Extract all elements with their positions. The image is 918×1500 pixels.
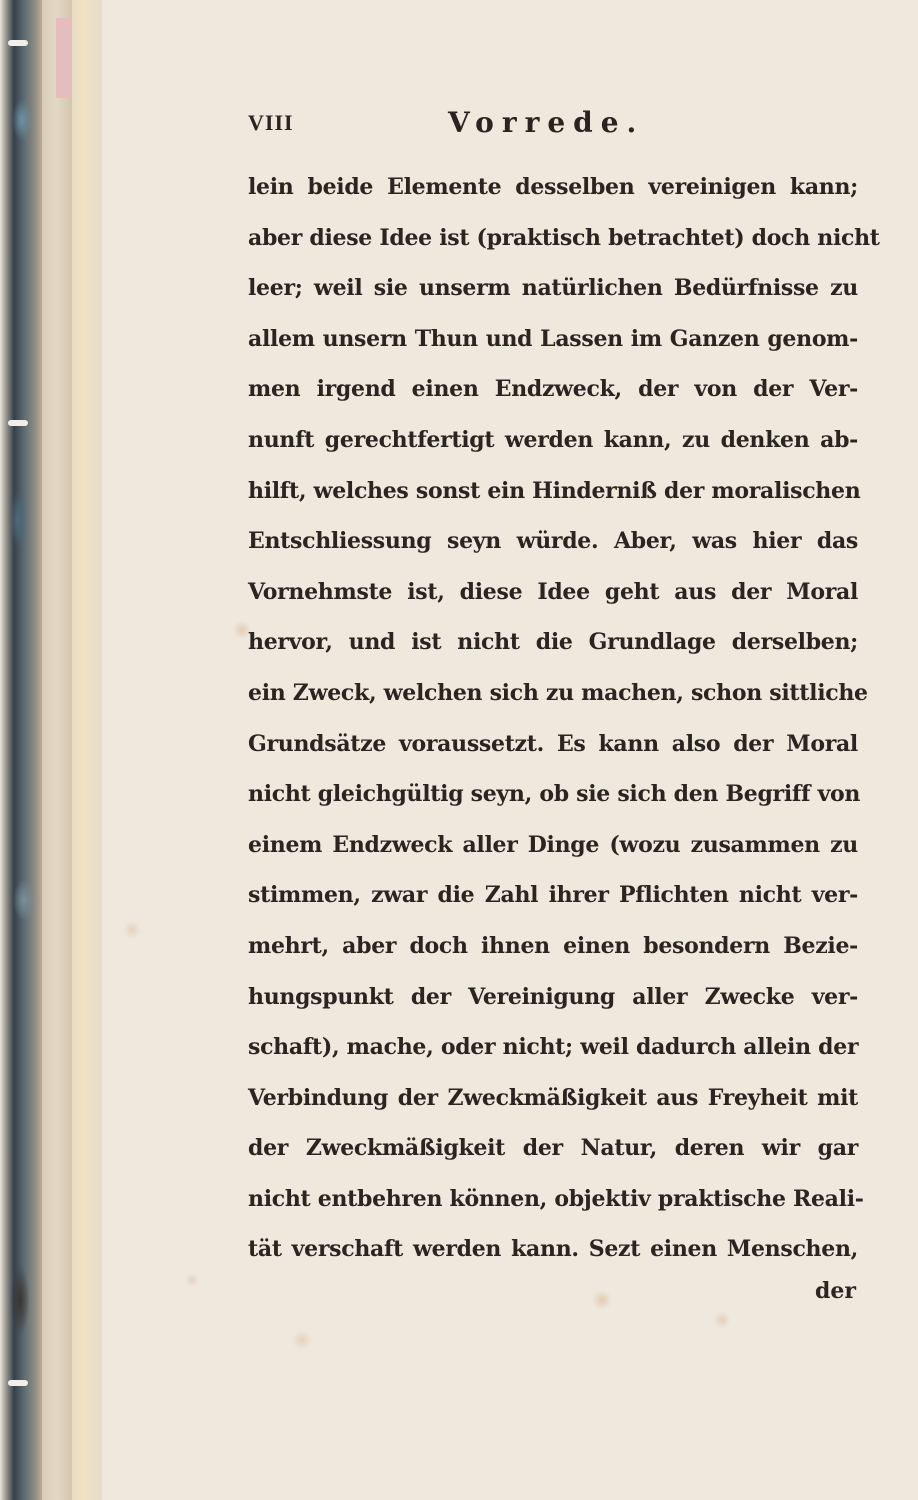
- text-line: Vornehmste ist, diese Idee geht aus der …: [248, 567, 858, 618]
- text-line: der Zweckmäßigkeit der Natur, deren wir …: [248, 1123, 858, 1174]
- text-line: mehrt, aber doch ihnen einen besondern B…: [248, 921, 858, 972]
- text-line: hungspunkt der Vereinigung aller Zwecke …: [248, 972, 858, 1023]
- text-line: hervor, und ist nicht die Grundlage ders…: [248, 617, 858, 668]
- text-line: nicht gleichgültig seyn, ob sie sich den…: [248, 769, 858, 820]
- text-line: Grundsätze voraussetzt. Es kann also der…: [248, 719, 858, 770]
- text-line: nunft gerechtfertigt werden kann, zu den…: [248, 415, 858, 466]
- text-line: Verbindung der Zweckmäßigkeit aus Freyhe…: [248, 1073, 858, 1124]
- text-line: hilft, welches sonst ein Hinderniß der m…: [248, 466, 858, 517]
- marbled-book-cover-edge: [0, 0, 42, 1500]
- binding-strip: [42, 0, 72, 1500]
- text-line: stimmen, zwar die Zahl ihrer Pflichten n…: [248, 870, 858, 921]
- text-line: lein beide Elemente desselben vereinigen…: [248, 162, 858, 213]
- cover-fleck: [8, 40, 28, 46]
- page-gutter: [72, 0, 102, 1500]
- page-header: VIII Vorrede.: [248, 108, 868, 148]
- text-line: schaft), mache, oder nicht; weil dadurch…: [248, 1022, 858, 1073]
- text-line: nicht entbehren können, objektiv praktis…: [248, 1174, 858, 1225]
- cover-fleck: [8, 420, 28, 426]
- cover-fleck: [8, 1380, 28, 1386]
- catchword: der: [815, 1278, 856, 1304]
- running-head: Vorrede.: [448, 106, 644, 139]
- text-line: men irgend einen Endzweck, der von der V…: [248, 364, 858, 415]
- text-line: allem unsern Thun und Lassen im Ganzen g…: [248, 314, 858, 365]
- text-line: aber diese Idee ist (praktisch betrachte…: [248, 213, 858, 264]
- page-number: VIII: [248, 110, 294, 136]
- text-line: Entschliessung seyn würde. Aber, was hie…: [248, 516, 858, 567]
- text-line: ein Zweck, welchen sich zu machen, schon…: [248, 668, 858, 719]
- text-line: tät verschaft werden kann. Sezt einen Me…: [248, 1224, 858, 1275]
- text-line: leer; weil sie unserm natürlichen Bedürf…: [248, 263, 858, 314]
- text-line: einem Endzweck aller Dinge (wozu zusamme…: [248, 820, 858, 871]
- body-text: lein beide Elemente desselben vereinigen…: [248, 162, 858, 1275]
